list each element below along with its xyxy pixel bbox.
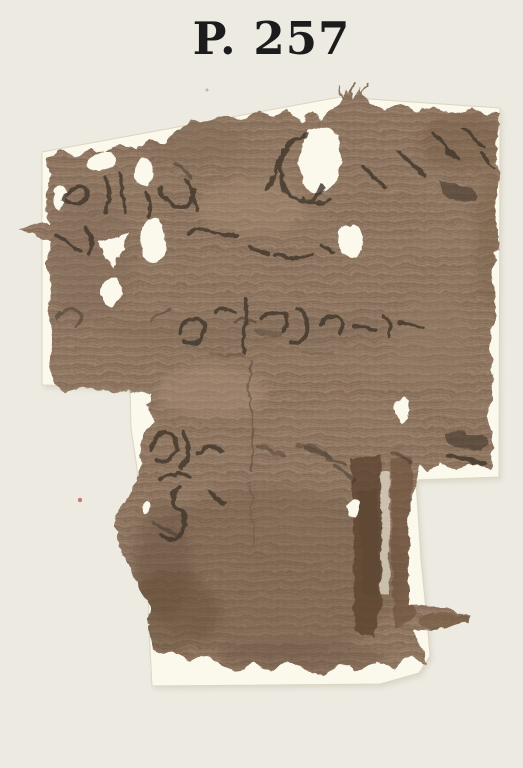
plate-label: P. 257: [10, 14, 523, 64]
gray-speck: [206, 89, 209, 92]
papyrus-photo: [0, 0, 523, 768]
red-speck: [78, 498, 82, 502]
plate: P. 257: [0, 0, 523, 768]
